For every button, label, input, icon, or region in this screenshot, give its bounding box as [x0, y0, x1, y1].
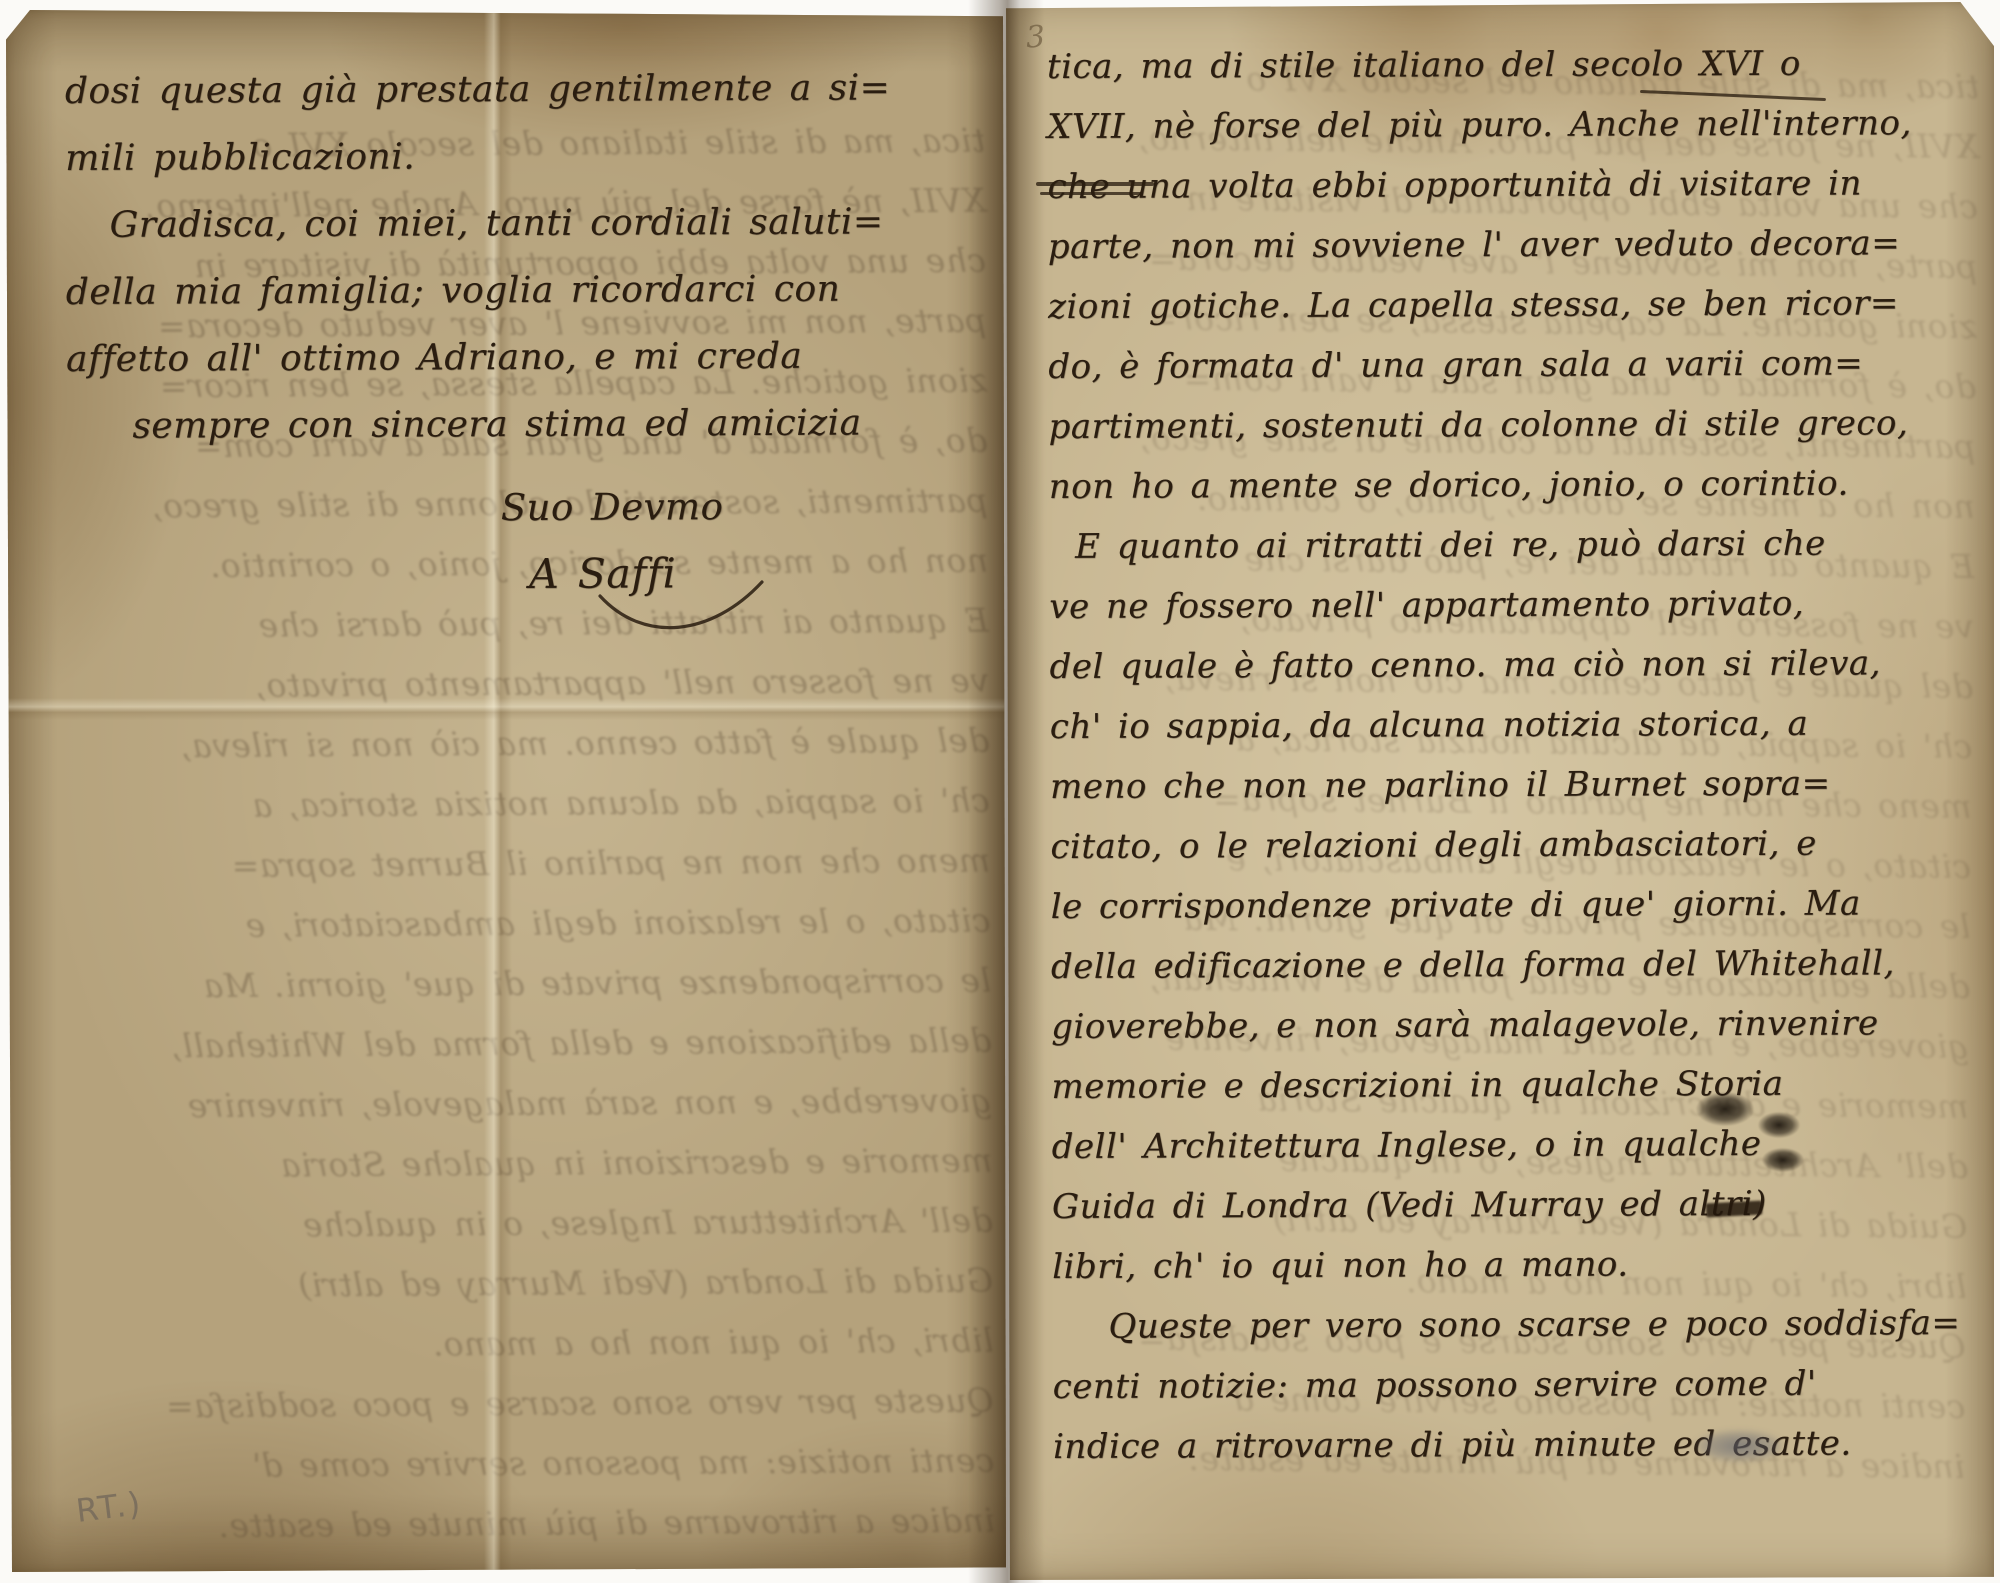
manuscript-line: gioverebbe, e non sarà malagevole, rinve… — [1051, 993, 1985, 1057]
manuscript-line: ve ne fossero nell' appartamento privato… — [1049, 573, 1983, 637]
manuscript-line: le corrispondenze private di que' giorni… — [1051, 873, 1985, 937]
manuscript-line: XVII, nè forse del più puro. Anche nell'… — [1047, 93, 1981, 157]
manuscript-line: indice a ritrovarne di più minute ed esa… — [1053, 1413, 1987, 1477]
manuscript-line: Guida di Londra (Vedi Murray ed altri) — [1052, 1173, 1986, 1237]
manuscript-scan: tica, ma di stile italiano del secolo XV… — [0, 0, 2000, 1583]
fold-crease-horizontal — [6, 698, 1006, 720]
manuscript-line: ch' io sappia, da alcuna notizia storica… — [1050, 693, 1984, 757]
manuscript-line: Suo Devmo — [67, 472, 983, 543]
manuscript-line: dell' Architettura Inglese, o in qualche — [1052, 1113, 1986, 1177]
letter-page-left: tica, ma di stile italiano del secolo XV… — [6, 10, 1006, 1572]
manuscript-line: del quale è fatto cenno. ma ciò non si r… — [1049, 633, 1983, 697]
manuscript-line: A Saffi — [67, 539, 983, 610]
underline-mark — [1040, 192, 1142, 195]
scribbled-out-word — [1706, 1201, 1763, 1218]
manuscript-line: parte, non mi sovviene l' aver veduto de… — [1048, 213, 1982, 277]
manuscript-line: E quanto ai ritratti dei re, può darsi c… — [1049, 513, 1983, 577]
manuscript-line: tica, ma di stile italiano del secolo XV… — [1047, 33, 1981, 97]
manuscript-line: partimenti, sostenuti da colonne di stil… — [1048, 393, 1982, 457]
manuscript-line: sempre con sincera stima ed amicizia — [66, 389, 982, 460]
collector-pencil-mark: RT.) — [74, 1484, 144, 1530]
manuscript-line: della edificazione e della forma del Whi… — [1051, 933, 1985, 997]
handwritten-text-right: tica, ma di stile italiano del secolo XV… — [1047, 33, 1987, 1477]
manuscript-line: non ho a mente se dorico, jonio, o corin… — [1049, 453, 1983, 517]
manuscript-line: Gradisca, coi miei, tanti cordiali salut… — [65, 188, 981, 259]
manuscript-line: Queste per vero sono scarse e poco soddi… — [1052, 1293, 1986, 1357]
signature-flourish — [594, 570, 774, 650]
letter-page-right: tica, ma di stile italiano del secolo XV… — [1006, 2, 1994, 1580]
manuscript-line: libri, ch' io qui non ho a mano. — [1052, 1233, 1986, 1297]
manuscript-line: meno che non ne parlino il Burnet sopra= — [1050, 753, 1984, 817]
ink-blot — [1758, 1112, 1800, 1138]
ink-blot — [1762, 1148, 1804, 1172]
manuscript-line: memorie e descrizioni in qualche Storia — [1051, 1053, 1985, 1117]
ink-blot — [1696, 1092, 1754, 1126]
manuscript-line: centi notizie: ma possono servire come d… — [1053, 1353, 1987, 1417]
underline-mark — [1036, 182, 1154, 186]
manuscript-line: dosi questa già prestata gentilmente a s… — [65, 54, 981, 125]
manuscript-line: zioni gotiche. La capella stessa, se ben… — [1048, 273, 1982, 337]
manuscript-line: citato, o le relazioni degli ambasciator… — [1050, 813, 1984, 877]
manuscript-line: affetto all' ottimo Adriano, e mi creda — [66, 322, 982, 393]
ink-smudge — [1694, 1430, 1784, 1462]
handwritten-text-left: dosi questa già prestata gentilmente a s… — [65, 54, 983, 610]
manuscript-line: do, è formata d' una gran sala a varii c… — [1048, 333, 1982, 397]
manuscript-line: che una volta ebbi opportunità di visita… — [1047, 153, 1981, 217]
manuscript-line: mili pubblicazioni. — [65, 121, 981, 192]
manuscript-line: della mia famiglia; voglia ricordarci co… — [66, 255, 982, 326]
page-number: 3 — [1025, 19, 1046, 55]
